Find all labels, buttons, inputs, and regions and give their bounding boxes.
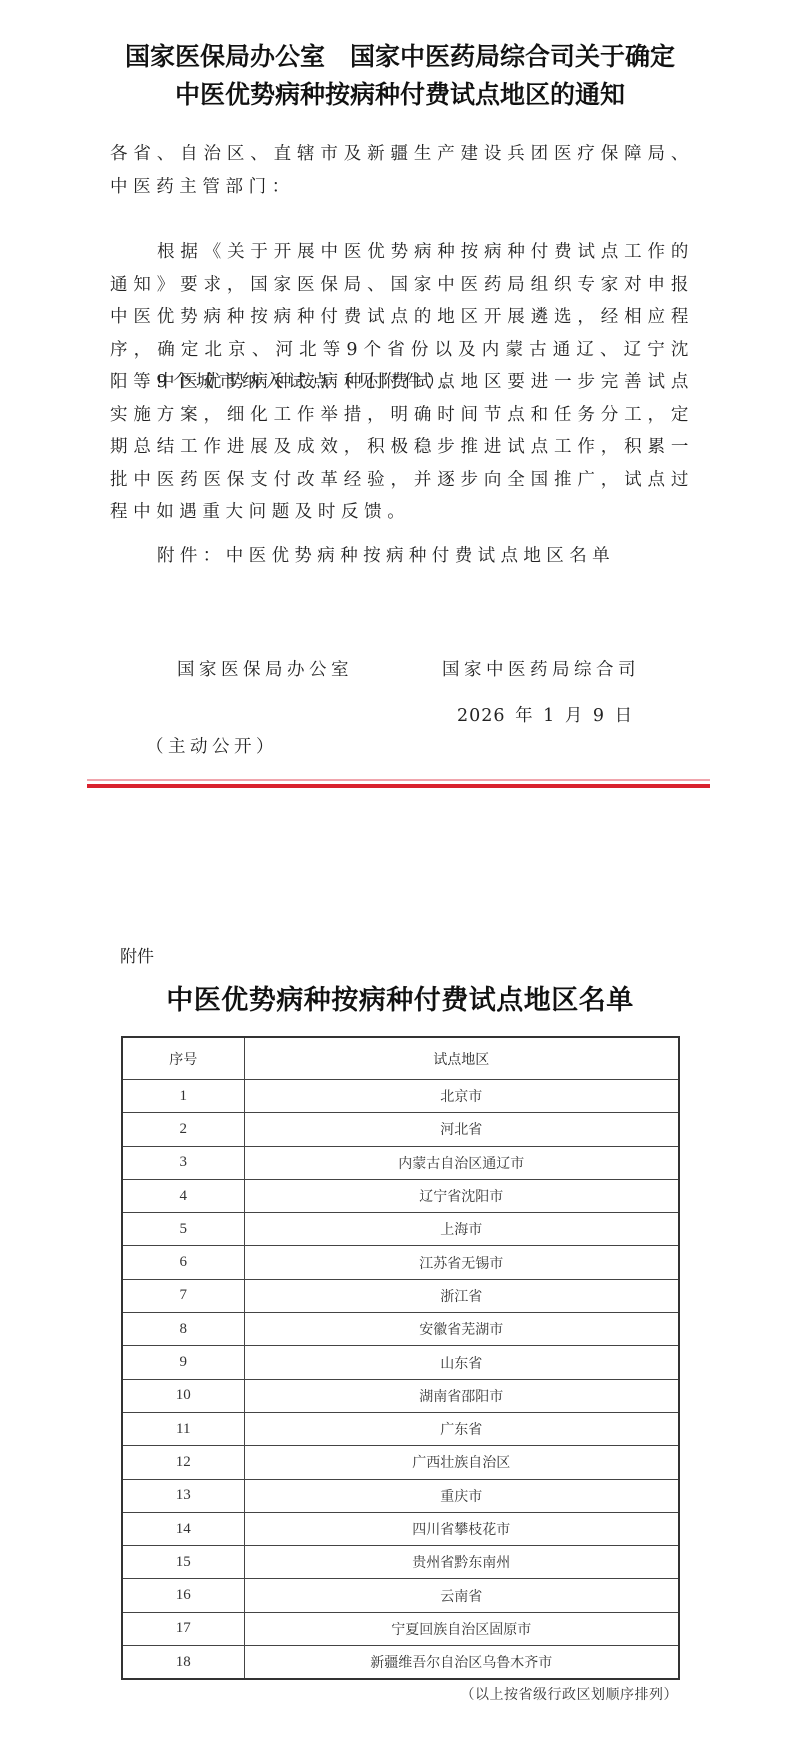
table-row: 9山东省 — [122, 1346, 679, 1379]
table-row: 14四川省攀枝花市 — [122, 1512, 679, 1545]
row-region: 云南省 — [244, 1579, 679, 1612]
row-region: 浙江省 — [244, 1279, 679, 1312]
row-region: 新疆维吾尔自治区乌鲁木齐市 — [244, 1646, 679, 1680]
row-index: 5 — [122, 1213, 244, 1246]
row-region: 湖南省邵阳市 — [244, 1379, 679, 1412]
attachment-reference: 附件：中医优势病种按病种付费试点地区名单 — [157, 542, 615, 567]
table-row: 18新疆维吾尔自治区乌鲁木齐市 — [122, 1646, 679, 1680]
row-index: 6 — [122, 1246, 244, 1279]
table-row: 10湖南省邵阳市 — [122, 1379, 679, 1412]
signature-right: 国家中医药局综合司 — [442, 656, 640, 681]
row-region: 宁夏回族自治区固原市 — [244, 1612, 679, 1645]
table-row: 5上海市 — [122, 1213, 679, 1246]
header-region: 试点地区 — [244, 1037, 679, 1080]
row-index: 16 — [122, 1579, 244, 1612]
attachment-label: 附件 — [120, 942, 154, 967]
notice-title-line-1: 国家医保局办公室 国家中医药局综合司关于确定 — [0, 38, 800, 76]
row-region: 广西壮族自治区 — [244, 1446, 679, 1479]
row-index: 18 — [122, 1646, 244, 1680]
table-row: 17宁夏回族自治区固原市 — [122, 1612, 679, 1645]
red-divider-thin — [87, 779, 710, 781]
notice-title: 国家医保局办公室 国家中医药局综合司关于确定 中医优势病种按病种付费试点地区的通… — [0, 38, 800, 114]
row-index: 9 — [122, 1346, 244, 1379]
table-row: 7浙江省 — [122, 1279, 679, 1312]
row-region: 上海市 — [244, 1213, 679, 1246]
signature-left: 国家医保局办公室 — [177, 656, 353, 681]
table-row: 16云南省 — [122, 1579, 679, 1612]
row-region: 河北省 — [244, 1113, 679, 1146]
row-region: 四川省攀枝花市 — [244, 1512, 679, 1545]
pilot-regions-table: 序号 试点地区 1北京市 2河北省 3内蒙古自治区通辽市 4辽宁省沈阳市 5上海… — [121, 1036, 680, 1680]
table-footnote: （以上按省级行政区划顺序排列） — [461, 1684, 679, 1704]
row-region: 安徽省芜湖市 — [244, 1313, 679, 1346]
row-index: 3 — [122, 1146, 244, 1179]
row-index: 15 — [122, 1546, 244, 1579]
red-divider-thick — [87, 784, 710, 788]
table-row: 1北京市 — [122, 1080, 679, 1113]
addressee: 各省、自治区、直辖市及新疆生产建设兵团医疗保障局、中医药主管部门： — [110, 138, 694, 203]
table-row: 13重庆市 — [122, 1479, 679, 1512]
row-region: 北京市 — [244, 1080, 679, 1113]
signature-date: 2026 年 1 月 9 日 — [457, 702, 633, 727]
row-index: 10 — [122, 1379, 244, 1412]
table-row: 8安徽省芜湖市 — [122, 1313, 679, 1346]
row-region: 广东省 — [244, 1412, 679, 1445]
row-index: 1 — [122, 1080, 244, 1113]
row-index: 14 — [122, 1512, 244, 1545]
row-index: 13 — [122, 1479, 244, 1512]
table-row: 3内蒙古自治区通辽市 — [122, 1146, 679, 1179]
row-index: 2 — [122, 1113, 244, 1146]
table-row: 15贵州省黔东南州 — [122, 1546, 679, 1579]
row-region: 重庆市 — [244, 1479, 679, 1512]
row-region: 内蒙古自治区通辽市 — [244, 1146, 679, 1179]
row-index: 12 — [122, 1446, 244, 1479]
table-row: 4辽宁省沈阳市 — [122, 1179, 679, 1212]
row-index: 11 — [122, 1412, 244, 1445]
row-index: 17 — [122, 1612, 244, 1645]
row-index: 4 — [122, 1179, 244, 1212]
row-index: 7 — [122, 1279, 244, 1312]
disclosure-label: （主动公开） — [146, 733, 278, 758]
row-region: 山东省 — [244, 1346, 679, 1379]
table-row: 6江苏省无锡市 — [122, 1246, 679, 1279]
attachment-title: 中医优势病种按病种付费试点地区名单 — [0, 978, 800, 1017]
notice-title-line-2: 中医优势病种按病种付费试点地区的通知 — [0, 76, 800, 114]
row-index: 8 — [122, 1313, 244, 1346]
paragraph-2: 中医优势病种按病种付费试点地区要进一步完善试点实施方案，细化工作举措，明确时间节… — [110, 366, 694, 529]
row-region: 辽宁省沈阳市 — [244, 1179, 679, 1212]
table-row: 2河北省 — [122, 1113, 679, 1146]
table-row: 11广东省 — [122, 1412, 679, 1445]
table-header-row: 序号 试点地区 — [122, 1037, 679, 1080]
row-region: 江苏省无锡市 — [244, 1246, 679, 1279]
header-index: 序号 — [122, 1037, 244, 1080]
row-region: 贵州省黔东南州 — [244, 1546, 679, 1579]
table-row: 12广西壮族自治区 — [122, 1446, 679, 1479]
